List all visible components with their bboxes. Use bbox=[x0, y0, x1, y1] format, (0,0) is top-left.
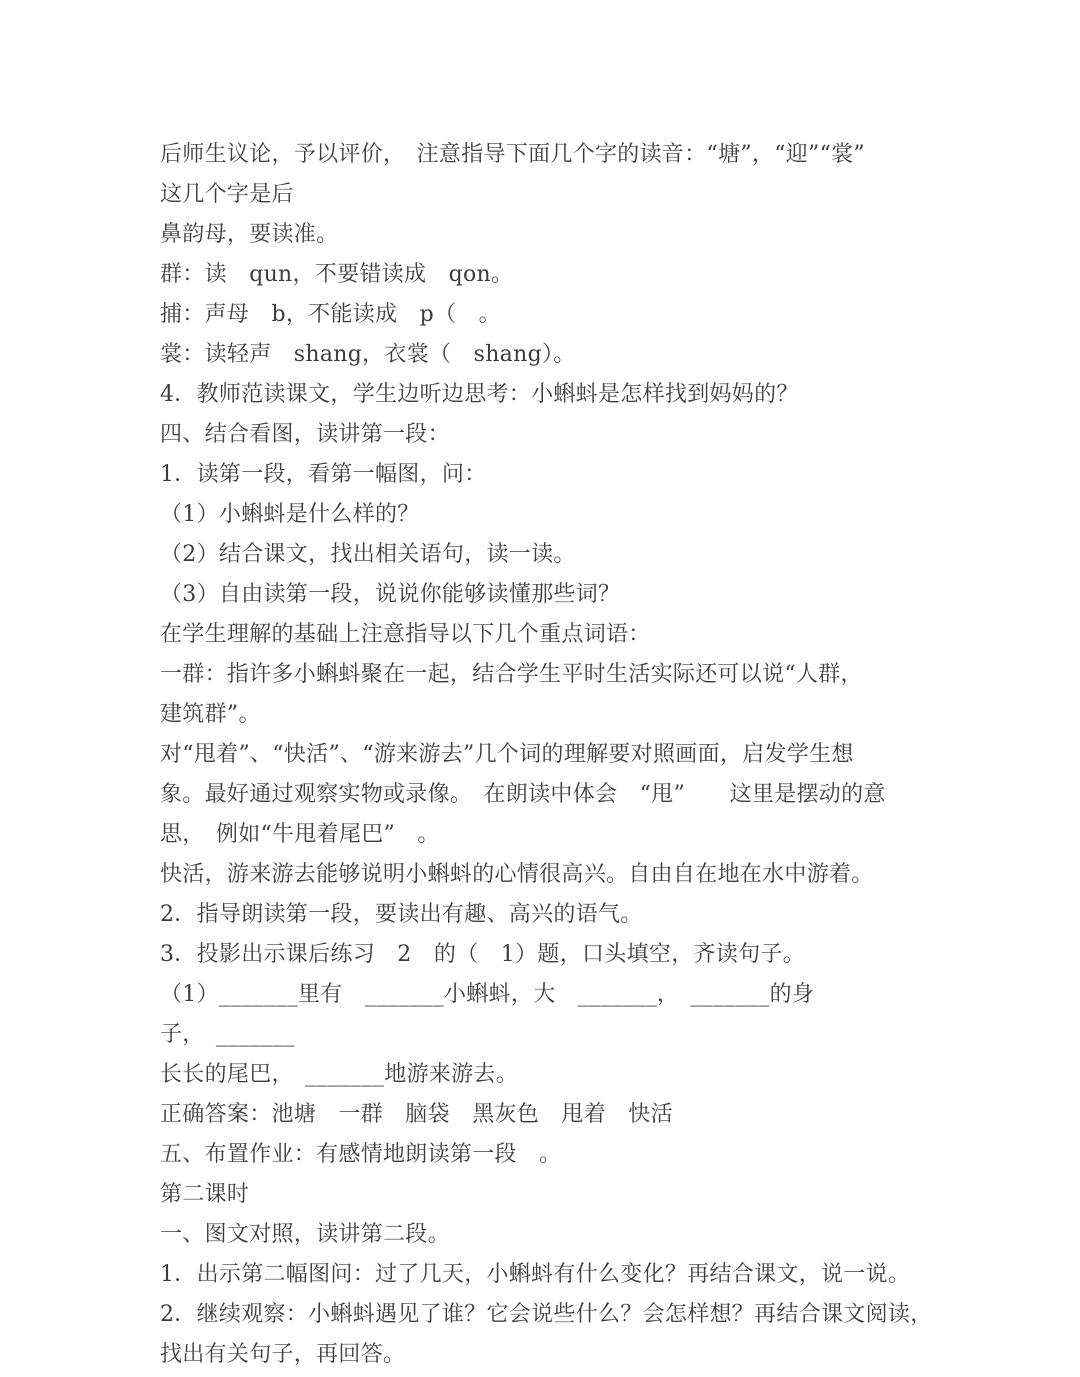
text-line-2: 这几个字是后 bbox=[160, 175, 940, 215]
text-line-18: 思， 例如“牛甩着尾巴” 。 bbox=[160, 815, 940, 855]
text-line-16: 对“甩着”、“快活”、“游来游去”几个词的理解要对照画面，启发学生想 bbox=[160, 735, 940, 775]
text-line-22: （1）_______里有 _______小蝌蚪，大 _______， _____… bbox=[160, 975, 940, 1015]
text-line-8: 四、结合看图，读讲第一段： bbox=[160, 415, 940, 455]
text-line-10: （1）小蝌蚪是什么样的？ bbox=[160, 495, 940, 535]
text-line-11: （2）结合课文，找出相关语句，读一读。 bbox=[160, 535, 940, 575]
text-line-6: 裳：读轻声 shang，衣裳（ shang）。 bbox=[160, 335, 940, 375]
text-line-26: 五、布置作业：有感情地朗读第一段 。 bbox=[160, 1135, 940, 1175]
text-line-7: 4．教师范读课文，学生边听边思考：小蝌蚪是怎样找到妈妈的？ bbox=[160, 375, 940, 415]
text-line-4: 群：读 qun，不要错读成 qon。 bbox=[160, 255, 940, 295]
text-line-15: 建筑群”。 bbox=[160, 695, 940, 735]
text-line-30: 2．继续观察：小蝌蚪遇见了谁？它会说些什么？会怎样想？再结合课文阅读， bbox=[160, 1295, 940, 1335]
text-line-29: 1．出示第二幅图问：过了几天，小蝌蚪有什么变化？再结合课文，说一说。 bbox=[160, 1255, 940, 1295]
text-line-17: 象。最好通过观察实物或录像。 在朗读中体会 “甩” 这里是摆动的意 bbox=[160, 775, 940, 815]
text-line-3: 鼻韵母，要读准。 bbox=[160, 215, 940, 255]
text-line-19: 快活，游来游去能够说明小蝌蚪的心情很高兴。自由自在地在水中游着。 bbox=[160, 855, 940, 895]
text-line-12: （3）自由读第一段，说说你能够读懂那些词？ bbox=[160, 575, 940, 615]
text-line-23: 子， _______ bbox=[160, 1015, 940, 1055]
text-line-9: 1．读第一段，看第一幅图，问： bbox=[160, 455, 940, 495]
document-page: 后师生议论，予以评价， 注意指导下面几个字的读音：“塘”，“迎”“裳” 这几个字… bbox=[0, 0, 1080, 1377]
text-line-20: 2．指导朗读第一段，要读出有趣、高兴的语气。 bbox=[160, 895, 940, 935]
text-line-14: 一群：指许多小蝌蚪聚在一起，结合学生平时生活实际还可以说“人群， bbox=[160, 655, 940, 695]
text-line-1: 后师生议论，予以评价， 注意指导下面几个字的读音：“塘”，“迎”“裳” bbox=[160, 135, 940, 175]
text-line-5: 捕：声母 b，不能读成 p（ 。 bbox=[160, 295, 940, 335]
text-line-13: 在学生理解的基础上注意指导以下几个重点词语： bbox=[160, 615, 940, 655]
text-line-25: 正确答案：池塘 一群 脑袋 黑灰色 甩着 快活 bbox=[160, 1095, 940, 1135]
text-line-27: 第二课时 bbox=[160, 1175, 940, 1215]
text-line-21: 3．投影出示课后练习 2 的（ 1）题，口头填空，齐读句子。 bbox=[160, 935, 940, 975]
text-line-28: 一、图文对照，读讲第二段。 bbox=[160, 1215, 940, 1255]
text-line-31: 找出有关句子，再回答。 bbox=[160, 1335, 940, 1375]
text-line-24: 长长的尾巴， _______地游来游去。 bbox=[160, 1055, 940, 1095]
